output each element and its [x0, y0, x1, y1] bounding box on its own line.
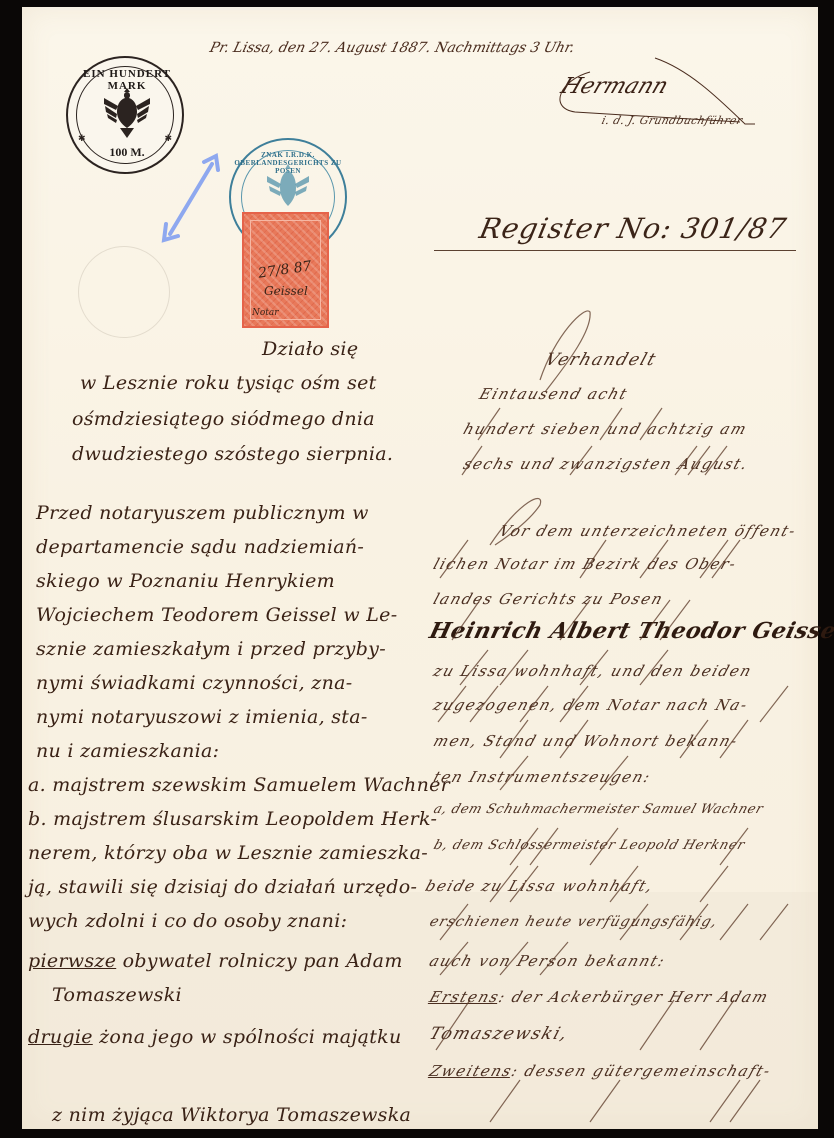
polish-body-line: b. majstrem ślusarskim Leopoldem Herk-	[28, 808, 437, 830]
stamp-value-text: Notar	[252, 308, 279, 318]
german-body-line: landes Gerichts zu Posen	[431, 590, 666, 608]
german-body-line: Vor dem unterzeichneten öffent-	[497, 522, 799, 540]
german-intro-line: hundert sieben und achtzig am	[461, 420, 750, 438]
german-body-line: beide zu Lissa wohnhaft,	[423, 877, 656, 895]
embossed-seal	[78, 246, 170, 338]
register-number-value: 301/87	[678, 212, 790, 245]
polish-heading: Działo się	[262, 338, 358, 360]
polish-body-line: departamencie sądu nadziemiań-	[36, 536, 364, 558]
polish-intro-line: w Lesznie roku tysiąc ośm set	[80, 372, 377, 394]
notary-name: Heinrich Albert Theodor Geissel,	[427, 618, 834, 644]
party-text: : der Ackerbürger Herr Adam	[496, 988, 771, 1006]
polish-body-line: Wojciechem Teodorem Geissel w Le-	[36, 604, 397, 626]
polish-body-line: wych zdolni i co do osoby znani:	[28, 910, 347, 932]
polish-body-line: skiego w Poznaniu Henrykiem	[36, 570, 335, 592]
polish-intro-line: ośmdziesiątego siódmego dnia	[72, 408, 375, 430]
polish-intro-line: dwudziestego szóstego sierpnia.	[72, 443, 393, 465]
german-body-line: lichen Notar im Bezirk des Ober-	[431, 555, 739, 573]
polish-party-line: z nim żyjąca Wiktorya Tomaszewska	[52, 1104, 411, 1126]
polish-body-line: sznie zamieszkałym i przed przyby-	[36, 638, 386, 660]
party-text: : dessen gütergemeinschaft-	[509, 1062, 774, 1080]
german-body-line: zu Lissa wohnhaft, und den beiden	[431, 662, 755, 680]
dateline: Pr. Lissa, den 27. August 1887. Nachmitt…	[208, 40, 576, 56]
polish-body-line: nymi świadkami czynności, zna-	[36, 672, 353, 694]
star-icon: ✱	[78, 134, 86, 144]
polish-body-line: ją, stawili się dzisiaj do działań urzęd…	[28, 876, 417, 898]
german-body-line: ten Instrumentszeugen:	[431, 768, 654, 786]
party-text: żona jego w spólności majątku	[99, 1026, 401, 1048]
revenue-stamp: 27/8 87 Geissel Notar	[242, 212, 329, 328]
german-party-first: Erstens: der Ackerbürger Herr Adam	[427, 988, 771, 1006]
party-label: drugie	[28, 1026, 93, 1048]
german-intro-line: sechs und zwanzigsten August.	[461, 455, 751, 473]
notary-signature: Hermann	[557, 74, 671, 99]
polish-party-first: pierwsze obywatel rolniczy pan Adam	[28, 950, 403, 972]
german-body-line: men, Stand und Wohnort bekann-	[431, 732, 741, 750]
german-body-line: a, dem Schuhmachermeister Samuel Wachner	[432, 802, 766, 817]
register-number-label: No:	[615, 212, 676, 245]
eagle-icon	[102, 84, 152, 142]
german-body-line: zugezogenen, dem Notar nach Na-	[431, 696, 751, 714]
register-label: Register	[476, 212, 611, 245]
german-body-line: erschienen heute verfügungsfähig,	[427, 914, 720, 930]
polish-party-second: drugie żona jego w spólności majątku	[28, 1026, 402, 1048]
party-label: pierwsze	[28, 950, 116, 972]
german-party-second: Zweitens: dessen gütergemeinschaft-	[427, 1062, 774, 1080]
annotation-arrow-icon	[160, 152, 224, 246]
german-party-line: Tomaszewski,	[427, 1024, 571, 1044]
polish-body-line: nerem, którzy oba w Lesznie zamieszka-	[28, 842, 428, 864]
polish-party-line: Tomaszewski	[52, 984, 182, 1006]
register-number: Register No: 301/87	[476, 212, 789, 245]
german-body-line: b, dem Schlossermeister Leopold Herkner	[432, 838, 747, 853]
register-underline	[434, 250, 796, 251]
german-intro-line: Eintausend acht	[477, 385, 631, 403]
eagle-icon	[265, 162, 311, 212]
star-icon: ✱	[164, 134, 172, 144]
signature-title: i. d. J. Grundbuchführer	[600, 114, 744, 127]
polish-body-line: nu i zamieszkania:	[36, 740, 219, 762]
party-text: obywatel rolniczy pan Adam	[123, 950, 403, 972]
polish-body-line: nymi notaryuszowi z imienia, sta-	[36, 706, 368, 728]
party-label: Zweitens	[427, 1062, 515, 1080]
polish-body-line: Przed notaryuszem publicznym w	[36, 502, 369, 524]
german-body-line: auch von Person bekannt:	[427, 952, 668, 970]
polish-body-line: a. majstrem szewskim Samuelem Wachner	[28, 774, 450, 796]
stamp-cancellation-name: Geissel	[264, 284, 308, 298]
german-heading: Verhandelt	[543, 350, 660, 370]
party-label: Erstens	[427, 988, 502, 1006]
